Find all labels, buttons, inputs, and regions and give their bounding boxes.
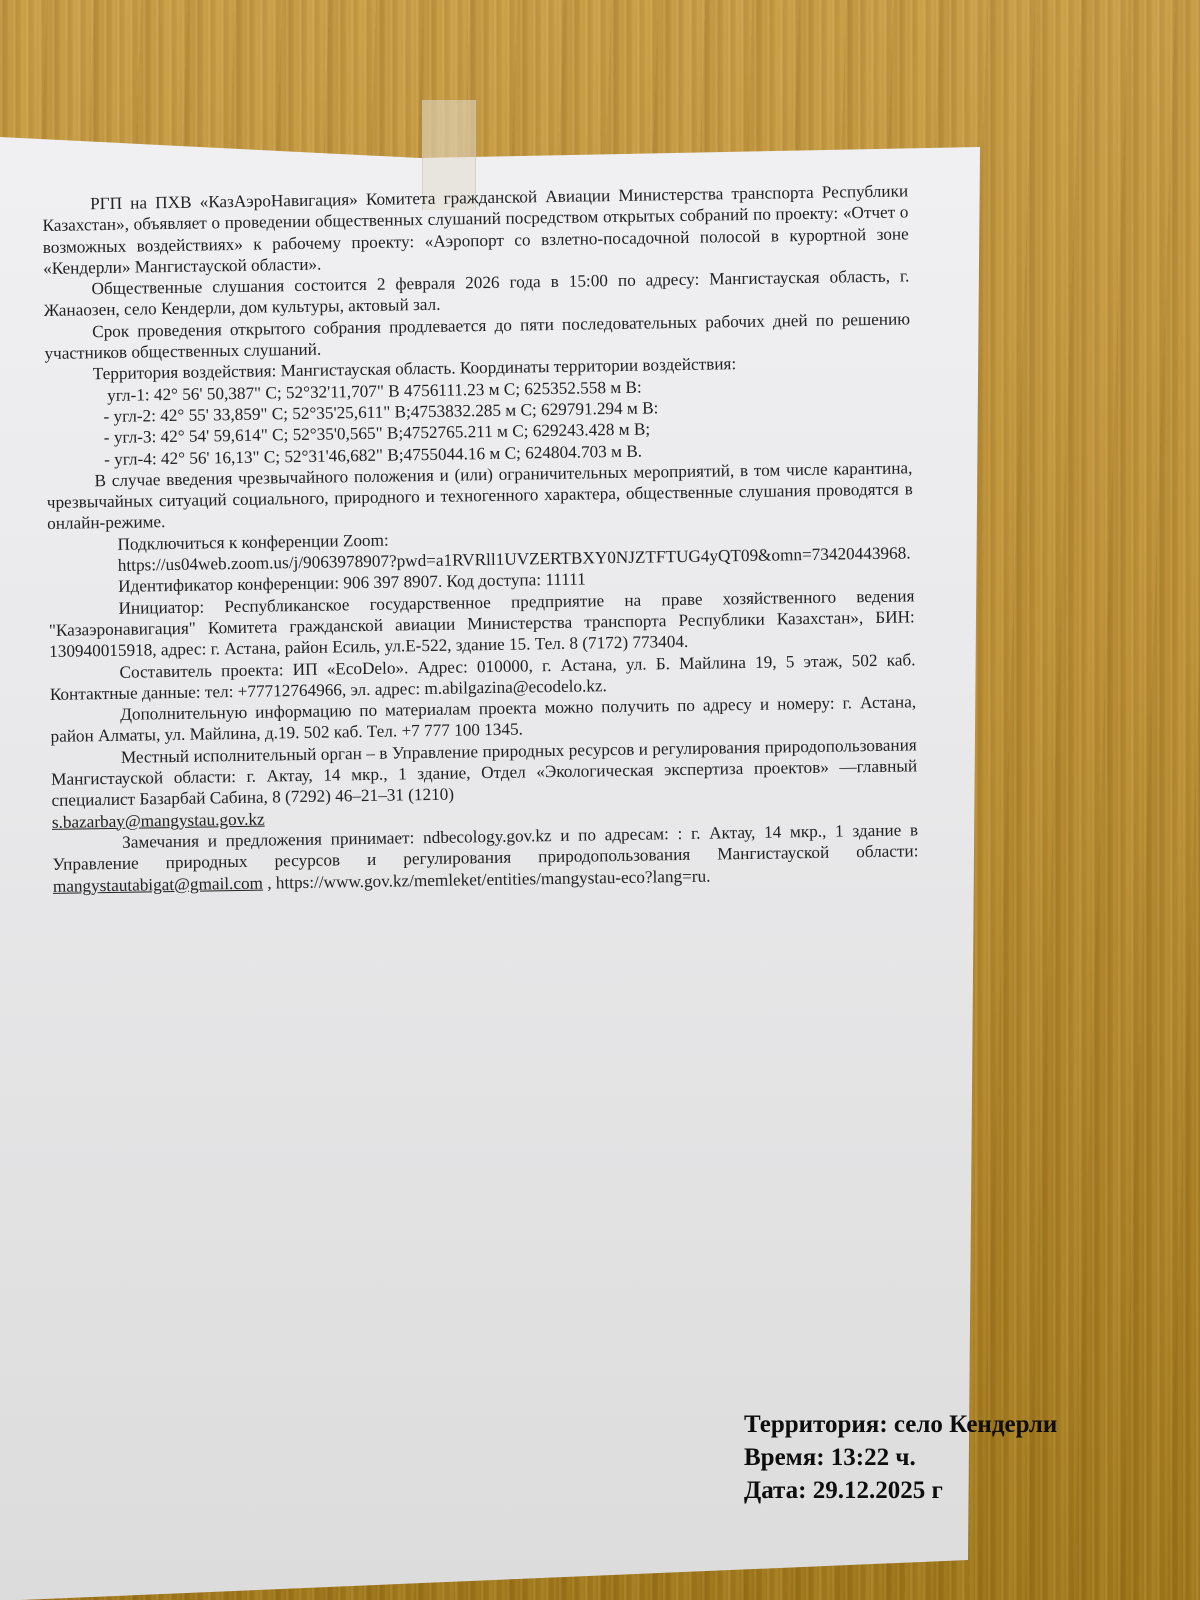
stamp-time: Время: 13:22 ч. [744,1441,1057,1474]
local-authority-email-link[interactable]: s.bazarbay@mangystau.gov.kz [52,809,265,831]
photo-stamp: Территория: село Кендерли Время: 13:22 ч… [744,1408,1057,1507]
stamp-date: Дата: 29.12.2025 г [744,1474,1057,1507]
intro-paragraph: РГП на ПХВ «КазАэроНавигация» Комитета г… [42,180,909,279]
comments-paragraph: Замечания и предложения принимает: ndbec… [52,819,919,896]
comments-email-link[interactable]: mangystautabigat@gmail.com [53,873,263,895]
notice-body: РГП на ПХВ «КазАэроНавигация» Комитета г… [42,180,919,896]
stamp-territory: Территория: село Кендерли [744,1408,1057,1441]
